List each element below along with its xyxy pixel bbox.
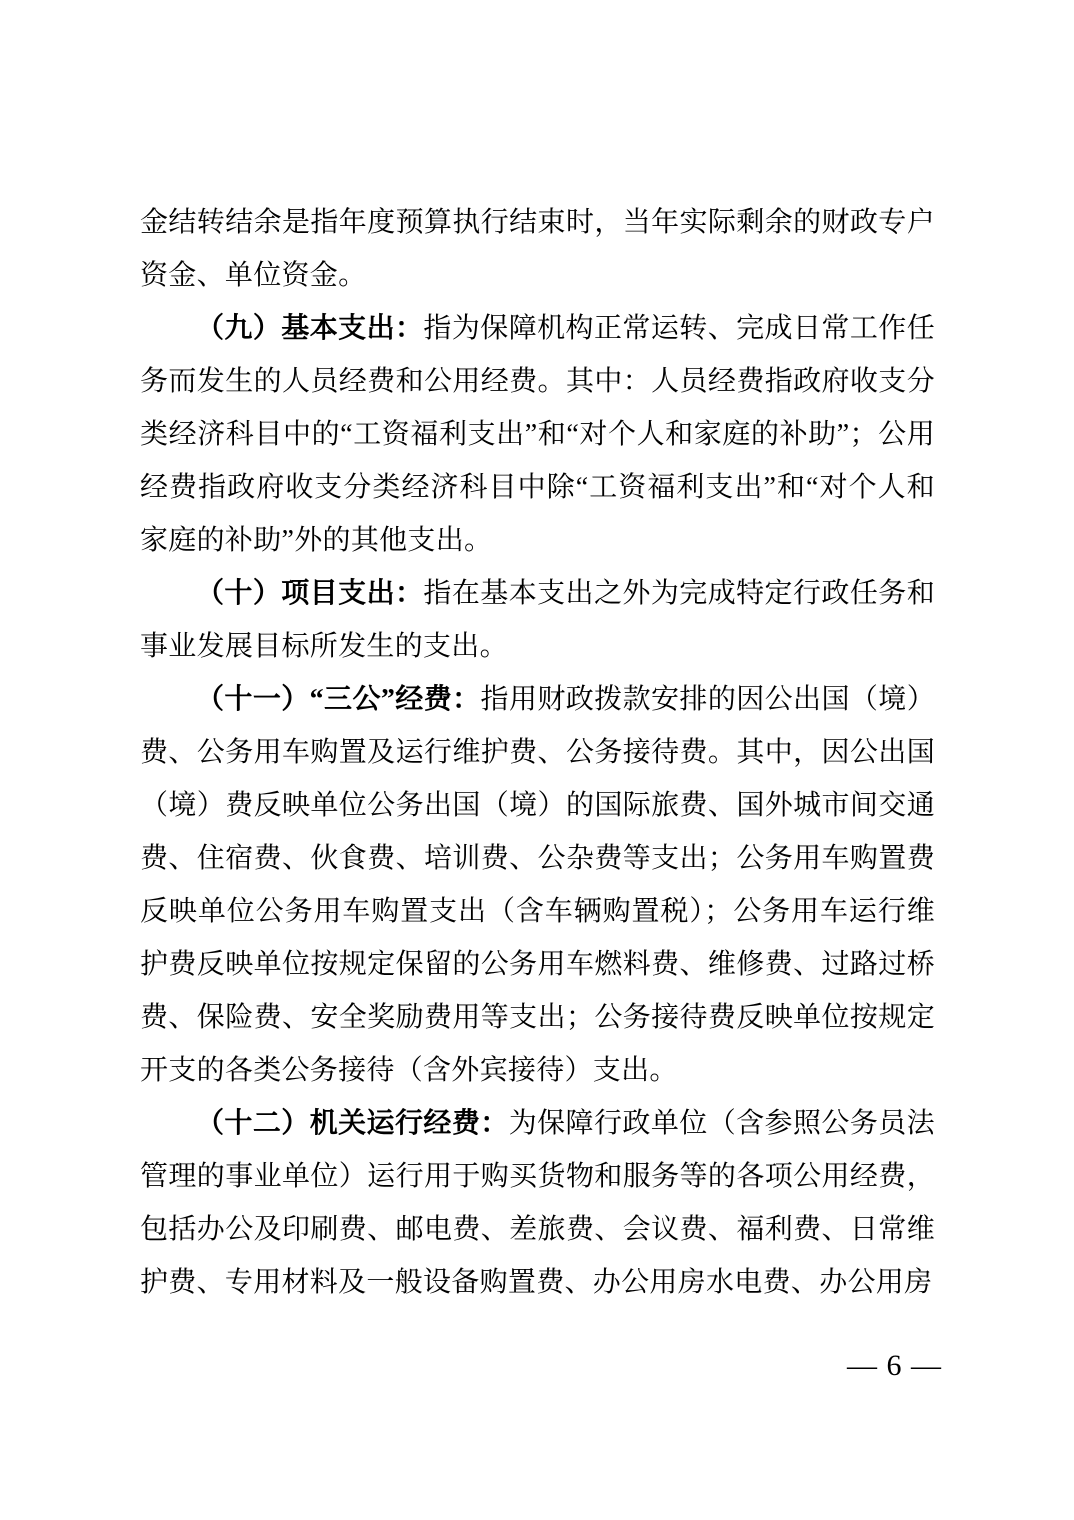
paragraph-lead: （十一）“三公”经费： [196, 684, 481, 715]
page-number: — 6 — [847, 1346, 942, 1386]
paragraph-text: 金结转结余是指年度预算执行结束时，当年实际剩余的财政专户资金、单位资金。 [140, 207, 935, 291]
paragraph-lead: （十二）机关运行经费： [196, 1108, 509, 1139]
paragraph: （十二）机关运行经费：为保障行政单位（含参照公务员法管理的事业单位）运行用于购买… [140, 1097, 935, 1309]
paragraph: 金结转结余是指年度预算执行结束时，当年实际剩余的财政专户资金、单位资金。 [140, 196, 935, 302]
document-body: 金结转结余是指年度预算执行结束时，当年实际剩余的财政专户资金、单位资金。 （九）… [140, 196, 935, 1309]
paragraph: （十）项目支出：指在基本支出之外为完成特定行政任务和事业发展目标所发生的支出。 [140, 567, 935, 673]
paragraph-lead: （十）项目支出： [196, 578, 423, 609]
paragraph-text: 指为保障机构正常运转、完成日常工作任务而发生的人员经费和公用经费。其中：人员经费… [140, 313, 935, 556]
paragraph-text: 指用财政拨款安排的因公出国（境）费、公务用车购置及运行维护费、公务接待费。其中，… [140, 684, 935, 1086]
paragraph: （九）基本支出：指为保障机构正常运转、完成日常工作任务而发生的人员经费和公用经费… [140, 302, 935, 567]
paragraph: （十一）“三公”经费：指用财政拨款安排的因公出国（境）费、公务用车购置及运行维护… [140, 673, 935, 1097]
paragraph-lead: （九）基本支出： [196, 313, 423, 344]
document-page: 金结转结余是指年度预算执行结束时，当年实际剩余的财政专户资金、单位资金。 （九）… [0, 0, 1074, 1520]
